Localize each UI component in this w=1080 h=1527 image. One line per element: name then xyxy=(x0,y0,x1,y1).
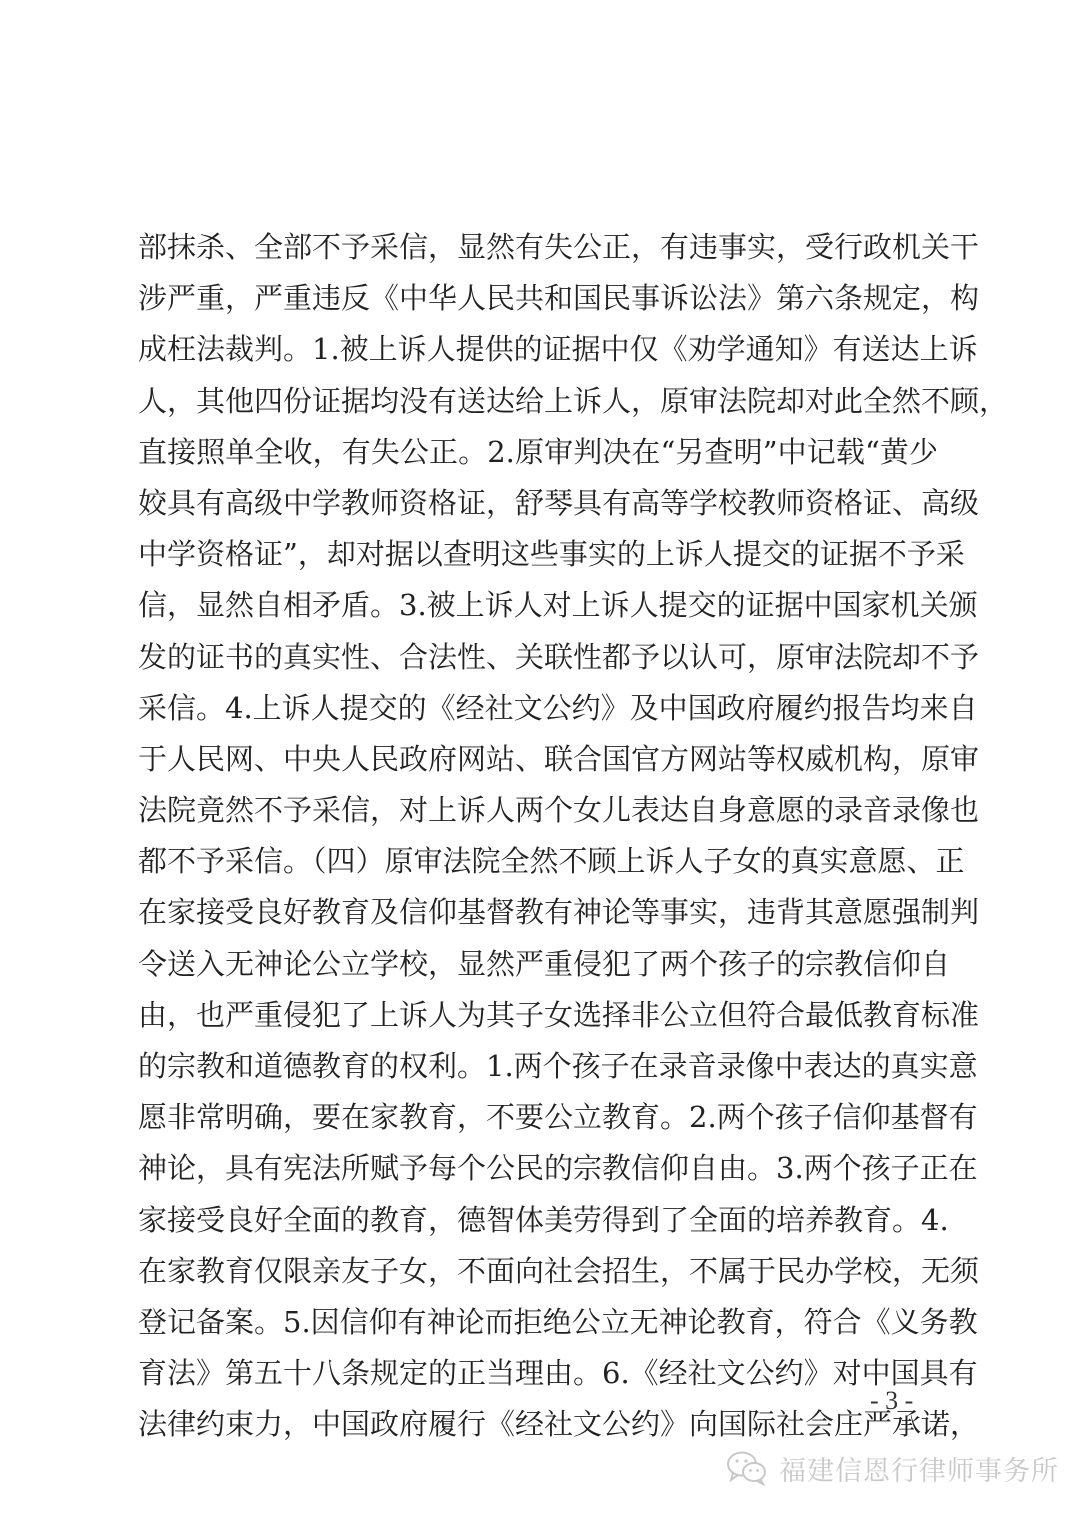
text-line: 神论，具有宪法所赋予每个公民的宗教信仰自由。3.两个孩子正在 xyxy=(138,1143,938,1194)
text-line: 信，显然自相矛盾。3.被上诉人对上诉人提交的证据中国家机关颁 xyxy=(138,580,938,631)
text-line: 于人民网、中央人民政府网站、联合国官方网站等权威机构，原审 xyxy=(138,734,938,785)
text-line: 姣具有高级中学教师资格证，舒琴具有高等学校教师资格证、高级 xyxy=(138,478,938,529)
text-line: 育法》第五十八条规定的正当理由。6.《经社文公约》对中国具有 xyxy=(138,1348,938,1399)
text-line: 令送入无神论公立学校，显然严重侵犯了两个孩子的宗教信仰自 xyxy=(138,939,938,990)
text-line: 都不予采信。（四）原审法院全然不顾上诉人子女的真实意愿、正 xyxy=(138,836,938,887)
text-line: 登记备案。5.因信仰有神论而拒绝公立无神论教育，符合《义务教 xyxy=(138,1297,938,1348)
text-line: 家接受良好全面的教育，德智体美劳得到了全面的培养教育。4. xyxy=(138,1195,938,1246)
text-line: 法院竟然不予采信，对上诉人两个女儿表达自身意愿的录音录像也 xyxy=(138,785,938,836)
text-line: 的宗教和道德教育的权利。1.两个孩子在录音录像中表达的真实意 xyxy=(138,1041,938,1092)
text-line: 在家教育仅限亲友子女，不面向社会招生，不属于民办学校，无须 xyxy=(138,1246,938,1297)
page-number: - 3 - xyxy=(870,1386,950,1416)
text-line: 中学资格证”，却对据以查明这些事实的上诉人提交的证据不予采 xyxy=(138,529,938,580)
document-body: 部抹杀、全部不予采信，显然有失公正，有违事实，受行政机关干 涉严重，严重违反《中… xyxy=(138,222,938,1451)
text-line: 法律约束力，中国政府履行《经社文公约》向国际社会庄严承诺， xyxy=(138,1399,938,1450)
text-line: 发的证书的真实性、合法性、关联性都予以认可，原审法院却不予 xyxy=(138,632,938,683)
text-line: 直接照单全收，有失公正。2.原审判决在“另查明”中记载“黄少 xyxy=(138,427,938,478)
text-line: 在家接受良好教育及信仰基督教有神论等事实，违背其意愿强制判 xyxy=(138,887,938,938)
text-line: 愿非常明确，要在家教育，不要公立教育。2.两个孩子信仰基督有 xyxy=(138,1092,938,1143)
text-line: 部抹杀、全部不予采信，显然有失公正，有违事实，受行政机关干 xyxy=(138,222,938,273)
text-line: 涉严重，严重违反《中华人民共和国民事诉讼法》第六条规定，构 xyxy=(138,273,938,324)
watermark: 福建信恩行律师事务所 xyxy=(725,1444,1059,1492)
text-line: 采信。4.上诉人提交的《经社文公约》及中国政府履约报告均来自 xyxy=(138,683,938,734)
text-line: 由，也严重侵犯了上诉人为其子女选择非公立但符合最低教育标准 xyxy=(138,990,938,1041)
document-page: 部抹杀、全部不予采信，显然有失公正，有违事实，受行政机关干 涉严重，严重违反《中… xyxy=(0,0,1080,1527)
text-line: 成枉法裁判。1.被上诉人提供的证据中仅《劝学通知》有送达上诉 xyxy=(138,324,938,375)
watermark-text: 福建信恩行律师事务所 xyxy=(779,1449,1059,1488)
text-line: 人，其他四份证据均没有送达给上诉人，原审法院却对此全然不顾， xyxy=(138,376,938,427)
wechat-icon xyxy=(725,1449,769,1487)
